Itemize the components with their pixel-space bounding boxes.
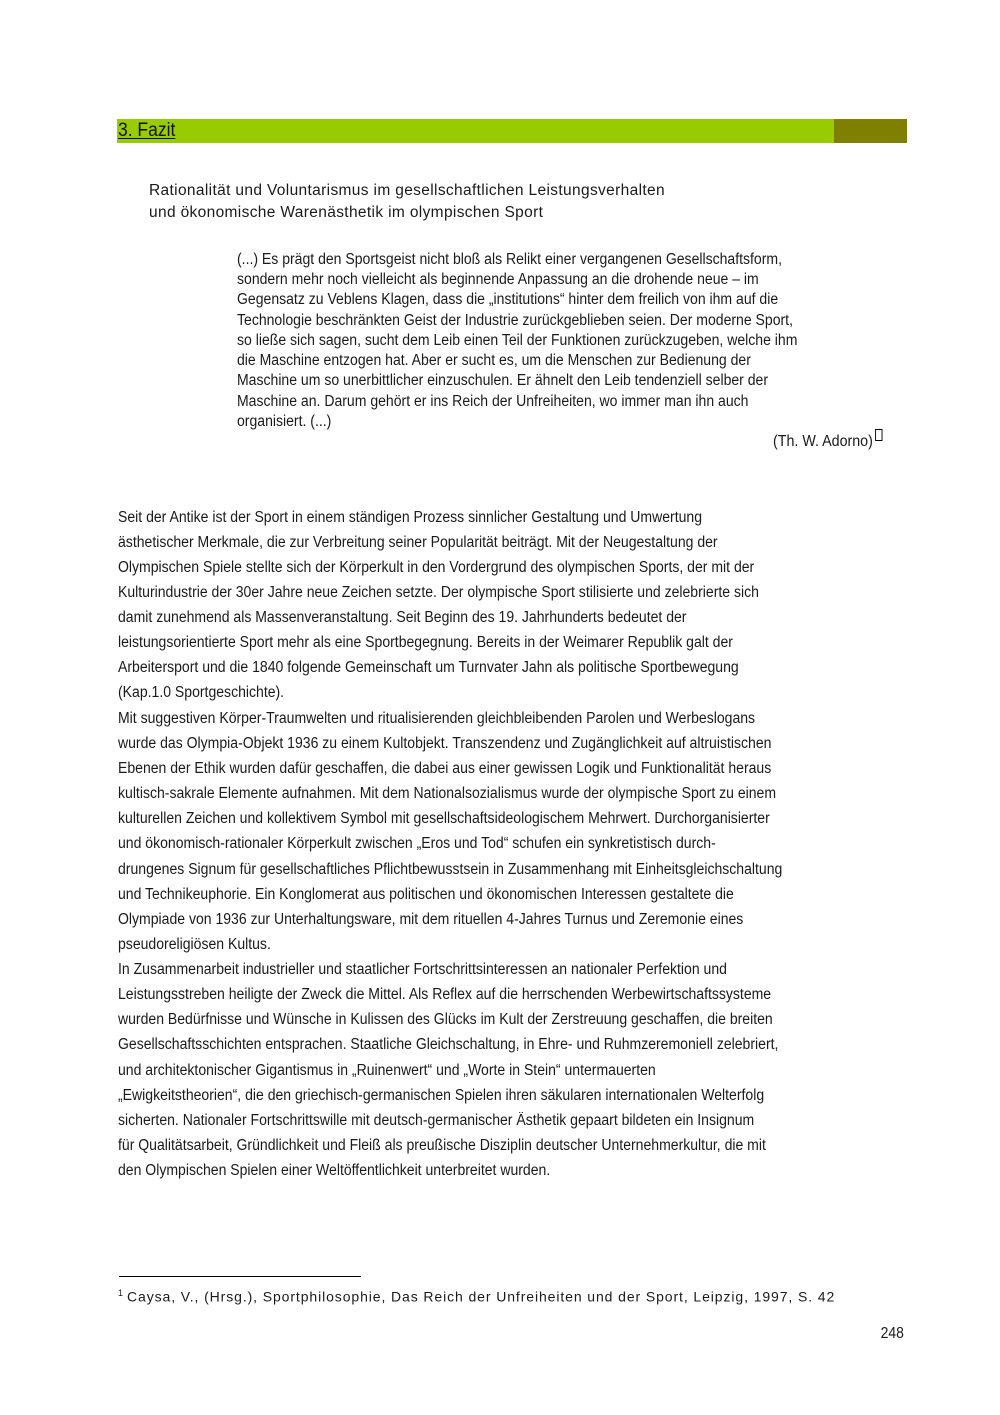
footnote: 1Caysa, V., (Hrsg.), Sportphilosophie, D… (118, 1288, 835, 1305)
body-line: kulturellen Zeichen und kollektivem Symb… (118, 810, 770, 828)
quote-line: Gegensatz zu Veblens Klagen, dass die „i… (237, 291, 778, 309)
body-line: Arbeitersport und die 1840 folgende Geme… (118, 659, 739, 677)
body-line: „Ewigkeitstheorien“, die den griechisch-… (118, 1087, 764, 1105)
subtitle-line: und ökonomische Warenästhetik im olympis… (149, 202, 665, 224)
quote-line: Technologie beschränkten Geist der Indus… (237, 312, 793, 330)
body-line: für Qualitätsarbeit, Gründlichkeit und F… (118, 1137, 766, 1155)
quote-line: sondern mehr noch vielleicht als beginne… (237, 271, 759, 289)
body-line: drungenes Signum für gesellschaftliches … (118, 861, 782, 879)
body-line: Olympischen Spiele stellte sich der Körp… (118, 559, 754, 577)
body-line: sicherten. Nationaler Fortschrittswille … (118, 1112, 754, 1130)
body-line: damit zunehmend als Massenveranstaltung.… (118, 609, 686, 627)
body-line: Gesellschaftsschichten entsprachen. Staa… (118, 1036, 778, 1054)
attribution-text: (Th. W. Adorno) (773, 433, 873, 450)
body-line: pseudoreligiösen Kultus. (118, 936, 271, 954)
body-line: kultisch-sakrale Elemente aufnahmen. Mit… (118, 785, 776, 803)
body-line: wurde das Olympia-Objekt 1936 zu einem K… (118, 735, 771, 753)
body-line: (Kap.1.0 Sportgeschichte). (118, 684, 284, 702)
section-title: 3. Fazit (118, 119, 175, 143)
body-line: ästhetischer Merkmale, die zur Verbreitu… (118, 534, 718, 552)
body-line: Kulturindustrie der 30er Jahre neue Zeic… (118, 584, 759, 602)
footnote-marker: 1 (118, 1288, 123, 1298)
footnote-text: Caysa, V., (Hrsg.), Sportphilosophie, Da… (127, 1289, 835, 1305)
section-subtitle: Rationalität und Voluntarismus im gesell… (149, 180, 665, 224)
section-header-bar (117, 119, 834, 143)
section-header-accent (834, 119, 907, 143)
quote-line: Maschine um so unerbittlicher einzuschul… (237, 372, 768, 390)
quote-attribution: (Th. W. Adorno) (773, 433, 882, 451)
footnote-separator (119, 1276, 361, 1277)
body-line: wurden Bedürfnisse und Wünsche in Kuliss… (118, 1011, 773, 1029)
quote-line: Maschine an. Darum gehört er ins Reich d… (237, 393, 748, 411)
subtitle-line: Rationalität und Voluntarismus im gesell… (149, 180, 665, 202)
quote-line: organisiert. (...) (237, 413, 331, 431)
quote-line: so ließe sich sagen, sucht dem Leib eine… (237, 332, 797, 350)
page-number: 248 (881, 1325, 904, 1343)
footnote-reference-marker[interactable] (875, 429, 882, 441)
document-page: 3. Fazit Rationalität und Voluntarismus … (0, 0, 1000, 1415)
body-line: Leistungsstreben heiligte der Zweck die … (118, 986, 771, 1004)
body-line: den Olympischen Spielen einer Weltöffent… (118, 1162, 550, 1180)
body-line: und architektonischer Gigantismus in „Ru… (118, 1062, 656, 1080)
body-line: Olympiade von 1936 zur Unterhaltungsware… (118, 911, 743, 929)
body-line: leistungsorientierte Sport mehr als eine… (118, 634, 733, 652)
quote-line: die Maschine entzogen hat. Aber er sucht… (237, 352, 751, 370)
quote-line: (...) Es prägt den Sportsgeist nicht blo… (237, 251, 782, 269)
body-line: Ebenen der Ethik wurden dafür geschaffen… (118, 760, 771, 778)
body-line: Mit suggestiven Körper-Traumwelten und r… (118, 710, 755, 728)
body-line: Seit der Antike ist der Sport in einem s… (118, 509, 702, 527)
body-line: In Zusammenarbeit industrieller und staa… (118, 961, 727, 979)
body-line: und ökonomisch-rationaler Körperkult zwi… (118, 835, 716, 853)
body-line: und Technikeuphorie. Ein Konglomerat aus… (118, 886, 734, 904)
